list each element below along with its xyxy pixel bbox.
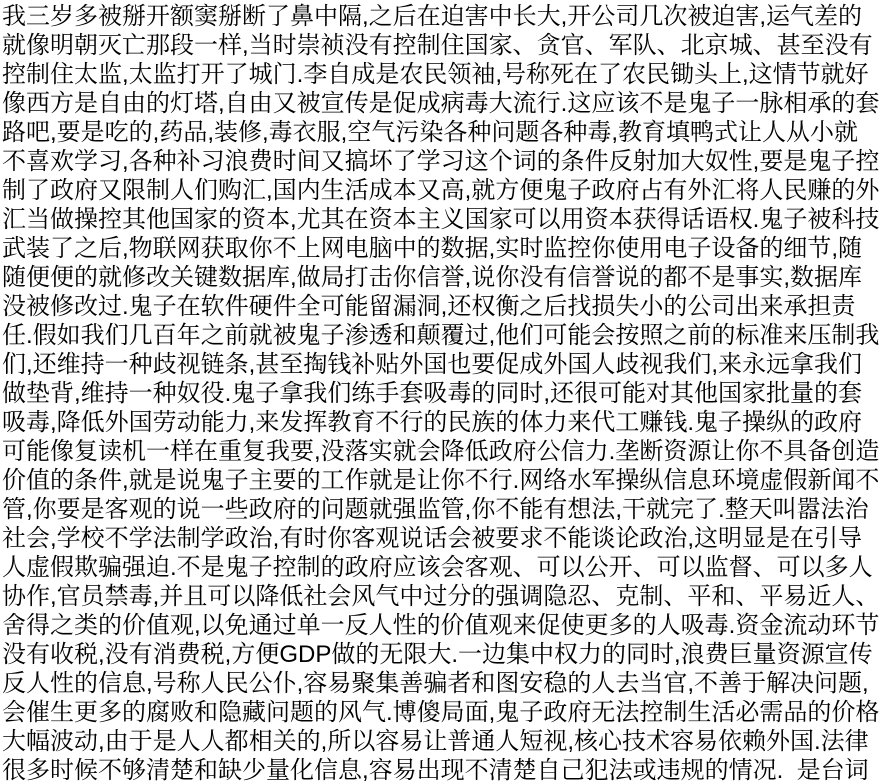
text-line: 反人性的信息,号称人民公仆,容易聚集善骗者和图安稳的人去当官,不善于解决问题, xyxy=(2,669,889,698)
text-line: 做垫背,维持一种奴役.鬼子拿我们练手套吸毒的同时,还很可能对其他国家批量的套 xyxy=(2,379,889,408)
text-line: 汇当做操控其他国家的资本,尤其在资本主义国家可以用资本获得话语权.鬼子被科技 xyxy=(2,205,889,234)
text-content: 我三岁多被掰开额窦掰断了鼻中隔,之后在迫害中长大,开公司几次被迫害,运气差的就像… xyxy=(2,2,889,783)
text-line: 人虚假欺骗强迫.不是鬼子控制的政府应该会客观、可以公开、可以监督、可以多人 xyxy=(2,553,889,582)
text-line: 制了政府又限制人们购汇,国内生活成本又高,就方便鬼子政府占有外汇将人民赚的外 xyxy=(2,176,889,205)
text-line: 可能像复读机一样在重复我要,没落实就会降低政府公信力.垄断资源让你不具备创造 xyxy=(2,437,889,466)
text-line: 随便便的就修改关键数据库,做局打击你信誉,说你没有信誉说的都不是事实,数据库 xyxy=(2,263,889,292)
text-line: 舍得之类的价值观,以免通过单一反人性的价值观来促使更多的人吸毒.资金流动环节 xyxy=(2,611,889,640)
text-line: 不喜欢学习,各种补习浪费时间又搞坏了学习这个词的条件反射加大奴性,要是鬼子控 xyxy=(2,147,889,176)
text-line: 路吧,要是吃的,药品,装修,毒衣服,空气污染各种问题各种毒,教育填鸭式让人从小就 xyxy=(2,118,889,147)
text-line: 没被修改过.鬼子在软件硬件全可能留漏洞,还权衡之后找损失小的公司出来承担责 xyxy=(2,292,889,321)
text-line: 控制住太监,太监打开了城门.李自成是农民领袖,号称死在了农民锄头上,这情节就好 xyxy=(2,60,889,89)
text-line: 就像明朝灭亡那段一样,当时崇祯没有控制住国家、贪官、军队、北京城、甚至没有 xyxy=(2,31,889,60)
text-line: 社会,学校不学法制学政治,有时你客观说话会被要求不能谈论政治,这明显是在引导 xyxy=(2,524,889,553)
text-line: 没有收税,没有消费税,方便GDP做的无限大.一边集中权力的同时,浪费巨量资源宣传 xyxy=(2,640,889,669)
text-line: 武装了之后,物联网获取你不上网电脑中的数据,实时监控你使用电子设备的细节,随 xyxy=(2,234,889,263)
text-line: 任.假如我们几百年之前就被鬼子渗透和颠覆过,他们可能会按照之前的标准来压制我 xyxy=(2,321,889,350)
text-line: 会催生更多的腐败和隐藏问题的风气.博傻局面,鬼子政府无法控制生活必需品的价格 xyxy=(2,698,889,727)
text-line: 们,还维持一种歧视链条,甚至掏钱补贴外国也要促成外国人歧视我们,来永远拿我们 xyxy=(2,350,889,379)
text-line: 很多时候不够清楚和缺少量化信息,容易出现不清楚自己犯法或违规的情况. 是台词 xyxy=(2,756,889,783)
text-line: 大幅波动,由于是人人都相关的,所以容易让普通人短视,核心技术容易依赖外国.法律 xyxy=(2,727,889,756)
text-line: 像西方是自由的灯塔,自由又被宣传是促成病毒大流行.这应该不是鬼子一脉相承的套 xyxy=(2,89,889,118)
text-line: 管,你要是客观的说一些政府的问题就强监管,你不能有想法,干就完了.整天叫嚣法治 xyxy=(2,495,889,524)
text-line: 吸毒,降低外国劳动能力,来发挥教育不行的民族的体力来代工赚钱.鬼子操纵的政府 xyxy=(2,408,889,437)
text-line: 价值的条件,就是说鬼子主要的工作就是让你不行.网络水军操纵信息环境虚假新闻不 xyxy=(2,466,889,495)
text-line: 我三岁多被掰开额窦掰断了鼻中隔,之后在迫害中长大,开公司几次被迫害,运气差的 xyxy=(2,2,889,31)
document-page: 我三岁多被掰开额窦掰断了鼻中隔,之后在迫害中长大,开公司几次被迫害,运气差的就像… xyxy=(0,0,889,783)
text-line: 协作,官员禁毒,并且可以降低社会风气中过分的强调隐忍、克制、平和、平易近人、 xyxy=(2,582,889,611)
